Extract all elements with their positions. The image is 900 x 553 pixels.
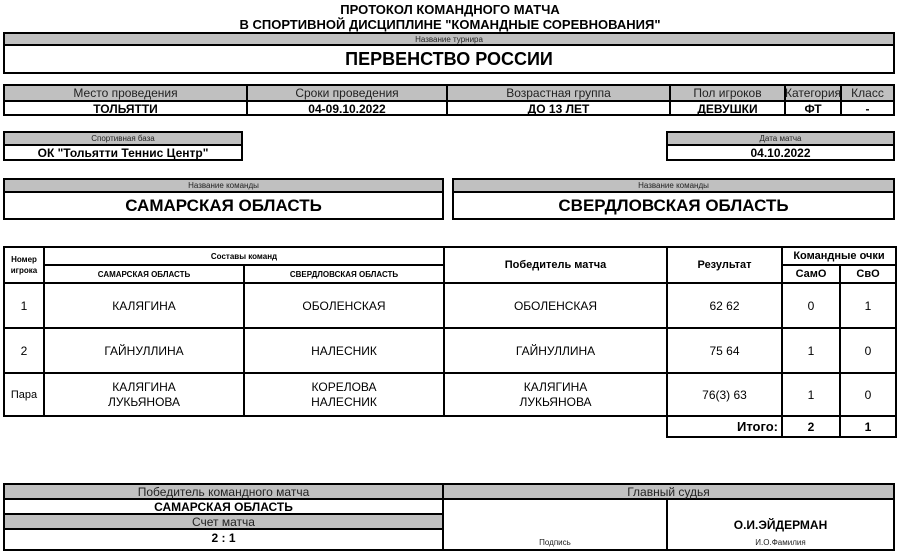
match-date-value: 04.10.2022 [668,146,893,159]
match-table: Номер игрока Составы команд Победитель м… [3,246,897,438]
judge-name-label: И.О.Фамилия [668,538,893,547]
header-winner: Победитель матча [444,247,667,283]
table-row: Пара КАЛЯГИНА ЛУКЬЯНОВА КОРЕЛОВА НАЛЕСНИ… [4,373,896,416]
team-winner-label: Победитель командного матча [5,485,442,500]
total-pts1: 2 [782,416,840,437]
team1-label: Название команды [5,180,442,193]
match-winner: ОБОЛЕНСКАЯ [444,283,667,328]
info-label-gender: Пол игроков [671,86,786,100]
signature-label: Подпись [444,538,666,547]
match-winner: КАЛЯГИНА ЛУКЬЯНОВА [444,373,667,416]
team2-label: Название команды [454,180,893,193]
judge-box: Главный судья Подпись О.И.ЭЙДЕРМАН И.О.Ф… [442,483,895,551]
protocol-subtitle: В СПОРТИВНОЙ ДИСЦИПЛИНЕ "КОМАНДНЫЕ СОРЕВ… [0,18,900,32]
team2-player: НАЛЕСНИК [244,328,444,373]
team-winner-value: САМАРСКАЯ ОБЛАСТЬ [5,500,442,515]
team1-box: Название команды САМАРСКАЯ ОБЛАСТЬ [3,178,444,220]
team2-player: ОБОЛЕНСКАЯ [244,283,444,328]
info-value-venue: ТОЛЬЯТТИ [5,102,248,116]
info-label-age: Возрастная группа [448,86,671,100]
header-player-no: Номер игрока [4,247,44,283]
pts1: 0 [782,283,840,328]
info-label-venue: Место проведения [5,86,248,100]
info-value-age: ДО 13 ЛЕТ [448,102,671,116]
player-no: 2 [4,328,44,373]
match-result: 62 62 [667,283,782,328]
team1-player: КАЛЯГИНА ЛУКЬЯНОВА [44,373,244,416]
tournament-name: ПЕРВЕНСТВО РОССИИ [5,46,893,72]
match-result: 75 64 [667,328,782,373]
header-team2: СВЕРДЛОВСКАЯ ОБЛАСТЬ [244,265,444,283]
match-date-box: Дата матча 04.10.2022 [666,131,895,161]
info-value-category: ФТ [786,102,842,116]
total-pts2: 1 [840,416,896,437]
player-no: 1 [4,283,44,328]
info-label-class: Класс [842,86,893,100]
score-label: Счет матча [5,515,442,530]
judge-name: О.И.ЭЙДЕРМАН [668,518,893,532]
team1-player: ГАЙНУЛЛИНА [44,328,244,373]
info-label-category: Категория [786,86,842,100]
venue-box: Спортивная база ОК "Тольятти Теннис Цент… [3,131,243,161]
pts2: 0 [840,373,896,416]
pts2: 1 [840,283,896,328]
team1-name: САМАРСКАЯ ОБЛАСТЬ [5,193,442,218]
header-team1: САМАРСКАЯ ОБЛАСТЬ [44,265,244,283]
total-row: Итого: 2 1 [4,416,896,437]
info-value-gender: ДЕВУШКИ [671,102,786,116]
tournament-box: Название турнира ПЕРВЕНСТВО РОССИИ [3,32,895,74]
table-row: 1 КАЛЯГИНА ОБОЛЕНСКАЯ ОБОЛЕНСКАЯ 62 62 0… [4,283,896,328]
judge-name-cell: О.И.ЭЙДЕРМАН И.О.Фамилия [668,500,893,549]
venue-label: Спортивная база [5,133,241,146]
table-row: 2 ГАЙНУЛЛИНА НАЛЕСНИК ГАЙНУЛЛИНА 75 64 1… [4,328,896,373]
info-table: Место проведения Сроки проведения Возрас… [3,84,895,116]
pts1: 1 [782,328,840,373]
team1-player: КАЛЯГИНА [44,283,244,328]
score-value: 2 : 1 [5,530,442,545]
player-no: Пара [4,373,44,416]
header-result: Результат [667,247,782,283]
header-pts1: СамО [782,265,840,283]
pts1: 1 [782,373,840,416]
info-value-class: - [842,102,893,116]
judge-label: Главный судья [444,485,893,500]
team2-player: КОРЕЛОВА НАЛЕСНИК [244,373,444,416]
match-date-label: Дата матча [668,133,893,146]
info-label-dates: Сроки проведения [248,86,448,100]
team2-box: Название команды СВЕРДЛОВСКАЯ ОБЛАСТЬ [452,178,895,220]
info-value-dates: 04-09.10.2022 [248,102,448,116]
header-pts2: СвО [840,265,896,283]
team2-name: СВЕРДЛОВСКАЯ ОБЛАСТЬ [454,193,893,218]
header-rosters: Составы команд [44,247,444,265]
summary-box: Победитель командного матча САМАРСКАЯ ОБ… [3,483,444,551]
pts2: 0 [840,328,896,373]
signature-cell: Подпись [444,500,668,549]
header-points: Командные очки [782,247,896,265]
tournament-label: Название турнира [5,34,893,46]
match-winner: ГАЙНУЛЛИНА [444,328,667,373]
protocol-title: ПРОТОКОЛ КОМАНДНОГО МАТЧА [0,3,900,17]
total-label: Итого: [667,416,782,437]
venue-value: ОК "Тольятти Теннис Центр" [5,146,241,159]
match-result: 76(3) 63 [667,373,782,416]
